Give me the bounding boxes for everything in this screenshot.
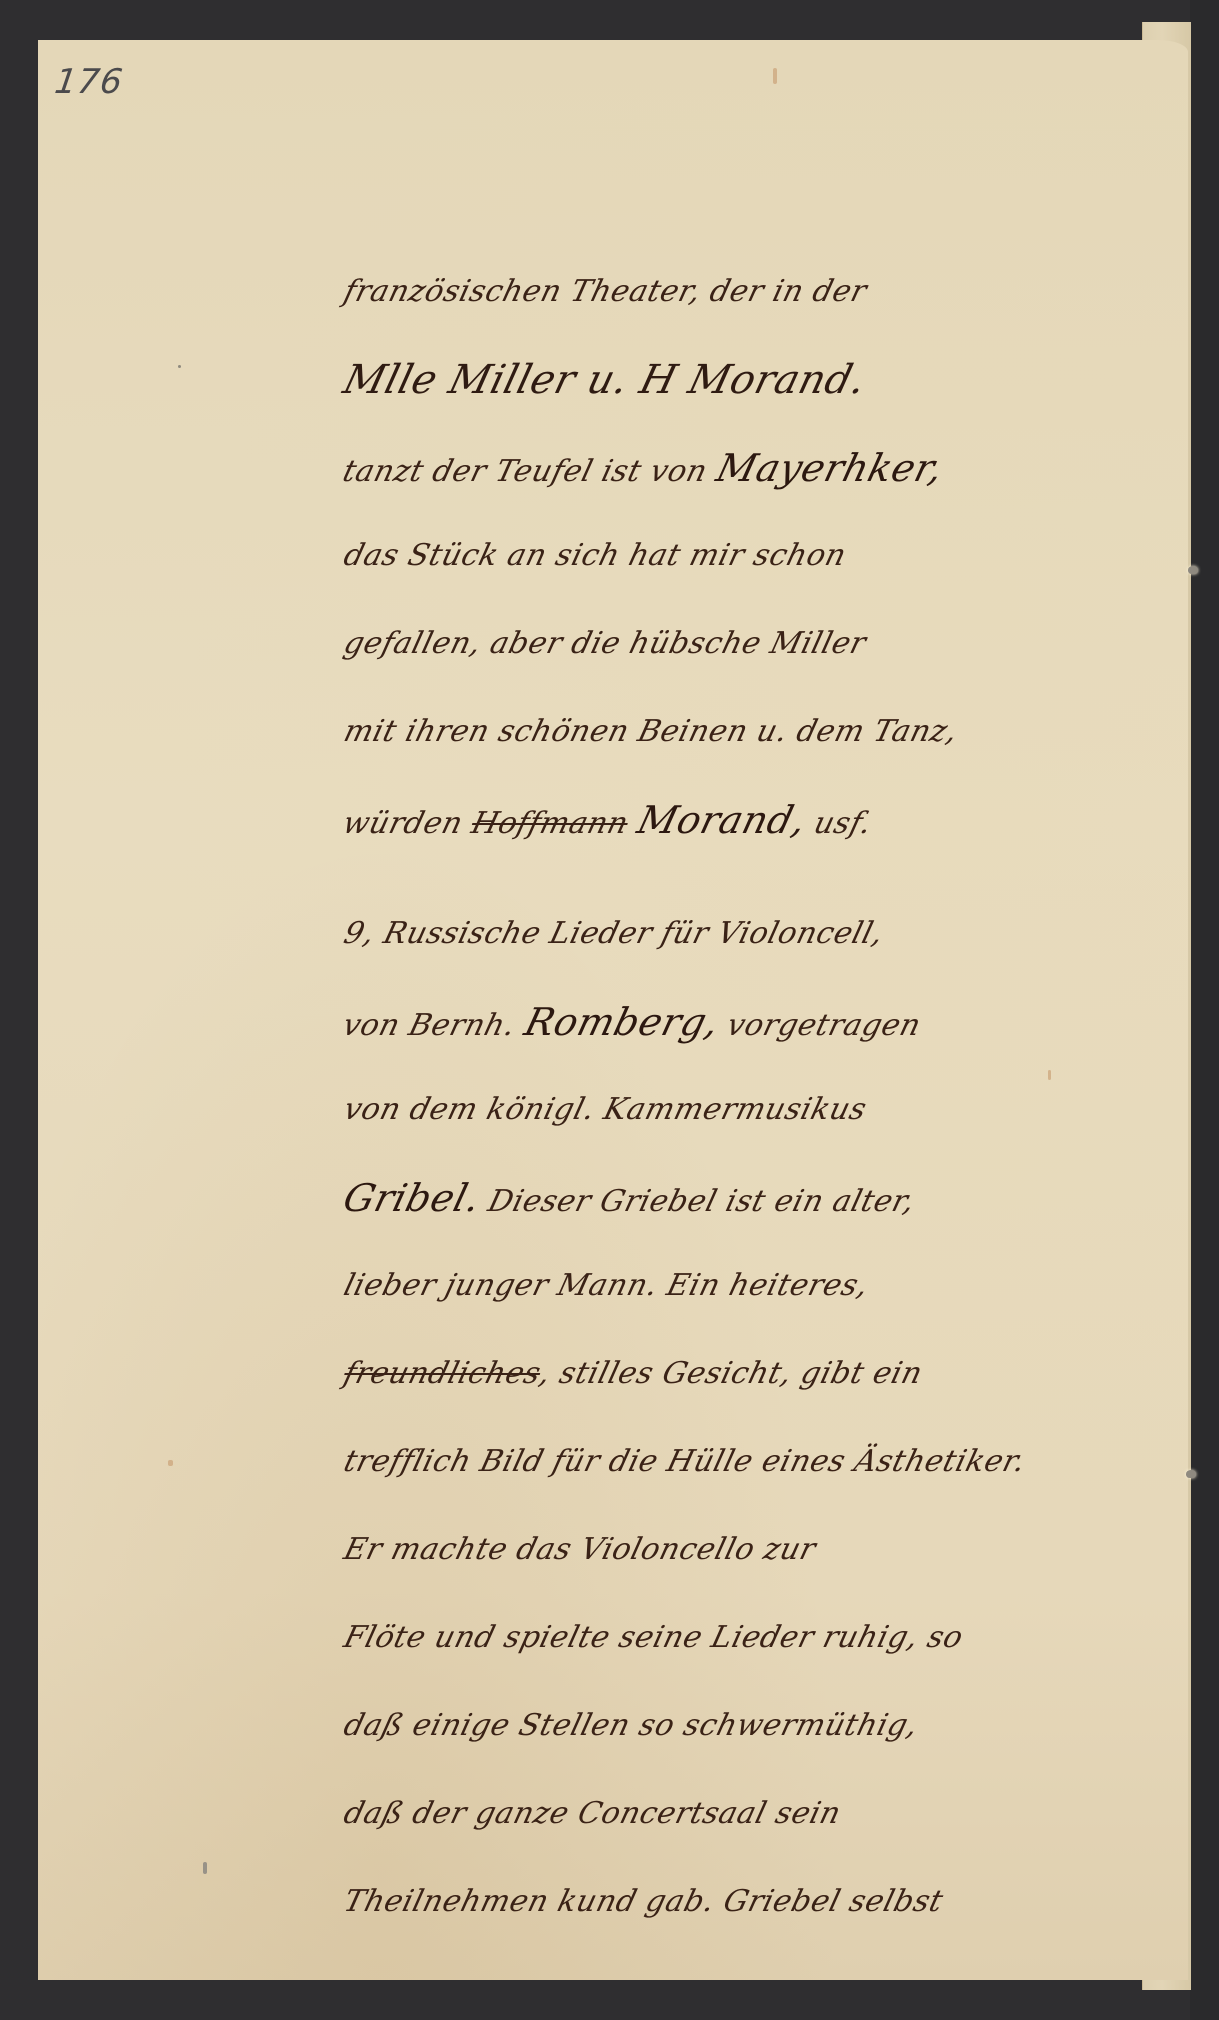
paper-speck: [773, 68, 777, 84]
manuscript-line: freundliches, stilles Gesicht, gibt ein: [330, 1344, 1152, 1432]
line-text: trefflich Bild für die Hülle eines Ästhe…: [340, 1444, 1029, 1479]
proper-name: Gribel.: [339, 1176, 485, 1220]
binding-hole: [1188, 566, 1198, 574]
manuscript-line: mit ihren schönen Beinen u. dem Tanz,: [330, 702, 1152, 790]
line-text: Er machte das Violoncello zur: [340, 1532, 819, 1567]
manuscript-line: von dem königl. Kammermusikus: [330, 1080, 1152, 1168]
manuscript-line: Mlle Miller u. H Morand.: [330, 350, 1152, 438]
struck-out-word: freundliches: [340, 1356, 544, 1391]
binding-hole: [1186, 1470, 1196, 1478]
line-text: Theilnehmen kund gab. Griebel selbst: [340, 1884, 947, 1919]
line-text: würden: [339, 806, 476, 841]
manuscript-line: daß der ganze Concertsaal sein: [330, 1784, 1152, 1872]
manuscript-line: gefallen, aber die hübsche Miller: [330, 614, 1152, 702]
line-text: usf.: [800, 806, 875, 841]
proper-name: Mayerhker,: [712, 446, 948, 490]
manuscript-line: daß einige Stellen so schwermüthig,: [330, 1696, 1152, 1784]
line-text: lieber junger Mann. Ein heiteres,: [340, 1268, 872, 1303]
book-spine-edge: [1190, 0, 1219, 2020]
manuscript-line: Flöte und spielte seine Lieder ruhig, so: [330, 1608, 1152, 1696]
manuscript-line: Er machte das Violoncello zur: [330, 1520, 1152, 1608]
line-text: daß der ganze Concertsaal sein: [340, 1796, 844, 1831]
manuscript-line: trefflich Bild für die Hülle eines Ästhe…: [330, 1432, 1152, 1520]
manuscript-line: französischen Theater, der in der: [330, 262, 1152, 350]
line-text: Mlle Miller u. H Morand.: [339, 357, 871, 403]
line-text: von dem königl. Kammermusikus: [340, 1092, 870, 1127]
line-text: gefallen, aber die hübsche Miller: [340, 626, 870, 661]
manuscript-text-block: französischen Theater, der in derMlle Mi…: [330, 262, 1130, 1960]
line-text: französischen Theater, der in der: [340, 274, 870, 309]
manuscript-line: lieber junger Mann. Ein heiteres,: [330, 1256, 1152, 1344]
proper-name: Romberg,: [520, 1000, 724, 1044]
manuscript-line: Gribel. Dieser Griebel ist ein alter,: [330, 1168, 1152, 1256]
line-text: mit ihren schönen Beinen u. dem Tanz,: [340, 714, 961, 749]
line-text: das Stück an sich hat mir schon: [340, 538, 850, 573]
manuscript-line: Theilnehmen kund gab. Griebel selbst: [330, 1872, 1152, 1960]
proper-name: Morand,: [633, 798, 811, 842]
manuscript-line: von Bernh. Romberg, vorgetragen: [330, 992, 1152, 1080]
struck-out-word: Hoffmann: [468, 806, 632, 841]
paper-speck: [168, 1460, 173, 1466]
line-text: tanzt der Teufel ist von: [339, 454, 721, 489]
line-text: Flöte und spielte seine Lieder ruhig, so: [340, 1620, 967, 1655]
line-text: von Bernh.: [339, 1008, 529, 1043]
line-text: , stilles Gesicht, gibt ein: [536, 1356, 926, 1391]
manuscript-line: würden Hoffmann Morand, usf.: [330, 790, 1152, 878]
paper-speck: [178, 365, 181, 368]
line-text: Dieser Griebel ist ein alter,: [474, 1184, 918, 1219]
line-text: daß einige Stellen so schwermüthig,: [340, 1708, 922, 1743]
paper-speck: [203, 1862, 207, 1874]
manuscript-line: das Stück an sich hat mir schon: [330, 526, 1152, 614]
folio-number: 176: [52, 62, 126, 102]
manuscript-line: tanzt der Teufel ist von Mayerhker,: [330, 438, 1152, 526]
line-text: vorgetragen: [713, 1008, 924, 1043]
line-text: 9, Russische Lieder für Violoncell,: [340, 916, 887, 951]
manuscript-line: 9, Russische Lieder für Violoncell,: [330, 904, 1152, 992]
